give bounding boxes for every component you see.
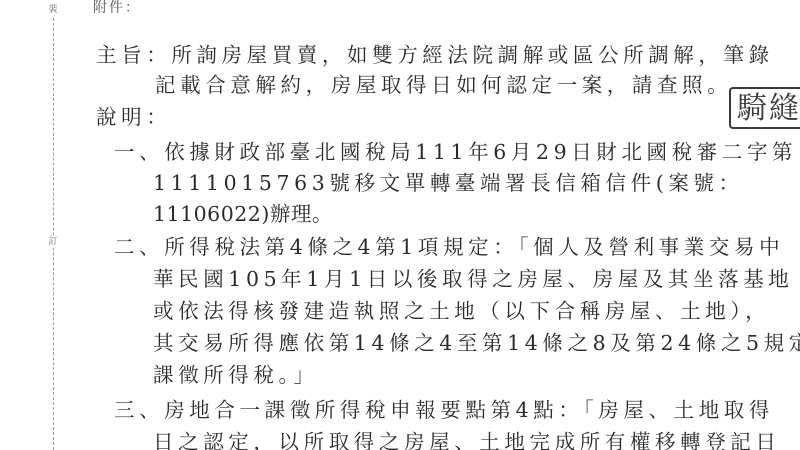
item-2-line-1: 所得稅法第4條之4第1項規定：「個人及營利事業交易中 bbox=[164, 235, 784, 259]
item-2-line-2: 華民國105年1月1日以後取得之房屋、房屋及其坐落基地 bbox=[153, 265, 793, 293]
item-2-line-3: 或依法得核發建造執照之土地（以下合稱房屋、土地）， bbox=[153, 297, 770, 325]
seam-stamp: 騎縫 bbox=[729, 87, 800, 129]
item-marker: 一、 bbox=[114, 138, 164, 166]
item-1-line-2: 1111015763號移文單轉臺端署長信箱信件(案號： bbox=[153, 169, 744, 197]
item-1-line-3: 11106022)辦理。 bbox=[153, 200, 333, 228]
item-marker: 二、 bbox=[114, 233, 164, 261]
subject-text-1: 所詢房屋買賣，如雙方經法院調解或區公所調解，筆錄 bbox=[171, 43, 773, 67]
explanation-label: 說明： bbox=[96, 103, 171, 131]
document-body: 附件： 主旨：所詢房屋買賣，如雙方經法院調解或區公所調解，筆錄 記載合意解約，房… bbox=[0, 0, 800, 450]
item-1-line-1: 依據財政部臺北國稅局111年6月29日財北國稅審二字第 bbox=[164, 140, 797, 164]
seam-stamp-text: 騎縫 bbox=[737, 91, 800, 127]
subject-label: 主旨： bbox=[96, 43, 171, 67]
explanation-item-3: 三、房地合一課徵所得稅申報要點第4點：「房屋、土地取得 bbox=[114, 396, 774, 424]
attachment-label: 附件： bbox=[93, 0, 141, 22]
item-3-line-1: 房地合一課徵所得稅申報要點第4點：「房屋、土地取得 bbox=[164, 398, 774, 422]
item-2-line-5: 課徵所得稅。」 bbox=[153, 361, 318, 389]
item-marker: 三、 bbox=[114, 396, 164, 424]
explanation-item-1: 一、依據財政部臺北國稅局111年6月29日財北國稅審二字第 bbox=[114, 138, 797, 166]
subject-line-2: 記載合意解約，房屋取得日如何認定一案，請查照。 bbox=[155, 71, 732, 99]
item-3-line-2: 日之認定，以所取得之房屋、土地完成所有權移轉登記日 bbox=[153, 428, 781, 450]
item-2-line-4: 其交易所得應依第14條之4至第14條之8及第24條之5規定 bbox=[153, 329, 800, 357]
subject-line-1: 主旨：所詢房屋買賣，如雙方經法院調解或區公所調解，筆錄 bbox=[96, 41, 774, 69]
explanation-item-2: 二、所得稅法第4條之4第1項規定：「個人及營利事業交易中 bbox=[114, 233, 784, 261]
